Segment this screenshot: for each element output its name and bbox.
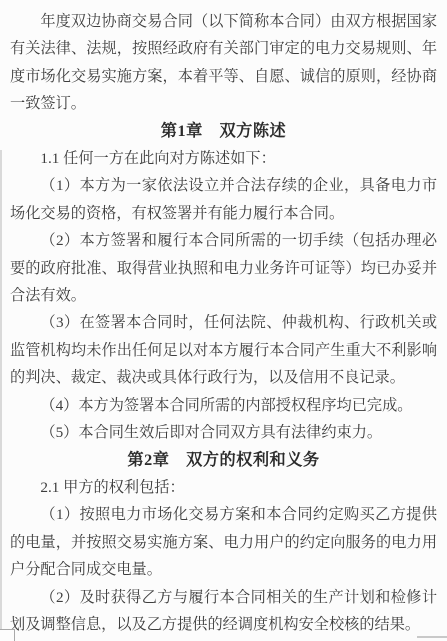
chapter1-item-2: （2）本方签署和履行本合同所需的一切手续（包括办理必要的政府批准、取得营业执照和… [10,227,437,309]
chapter1-item-1: （1）本方为一家依法设立并合法存续的企业，具备电力市场化交易的资格，有权签署并有… [10,172,437,227]
chapter2-item-1: （1）按照电力市场化交易方案和本合同约定购买乙方提供的电量，并按照交易实施方案、… [10,501,437,583]
clause-2-1: 2.1 甲方的权利包括： [10,474,437,501]
chapter-2-heading: 第2章 双方的权利和义务 [10,447,437,474]
clause-1-1: 1.1 任何一方在此向对方陈述如下： [10,145,437,172]
scan-artifact-bottom-left-box [0,629,15,641]
intro-paragraph: 年度双边协商交易合同（以下简称本合同）由双方根据国家有关法律、法规，按照经政府有… [10,8,437,118]
chapter1-item-4: （4）本方为签署本合同所需的内部授权程序均已完成。 [10,392,437,419]
scan-artifact-bottom-right-line [417,636,447,638]
chapter1-item-3: （3）在签署本合同时，任何法院、仲裁机构、行政机关或监管机构均未作出任何足以对本… [10,309,437,391]
chapter2-item-2: （2）及时获得乙方与履行本合同相关的生产计划和检修计划及调整信息，以及乙方提供的… [10,584,437,639]
contract-document-page: 年度双边协商交易合同（以下简称本合同）由双方根据国家有关法律、法规，按照经政府有… [0,0,447,641]
scan-artifact-left-edge-line [0,150,2,641]
chapter1-item-5: （5）本合同生效后即对合同双方具有法律约束力。 [10,419,437,446]
chapter-1-heading: 第1章 双方陈述 [10,118,437,145]
